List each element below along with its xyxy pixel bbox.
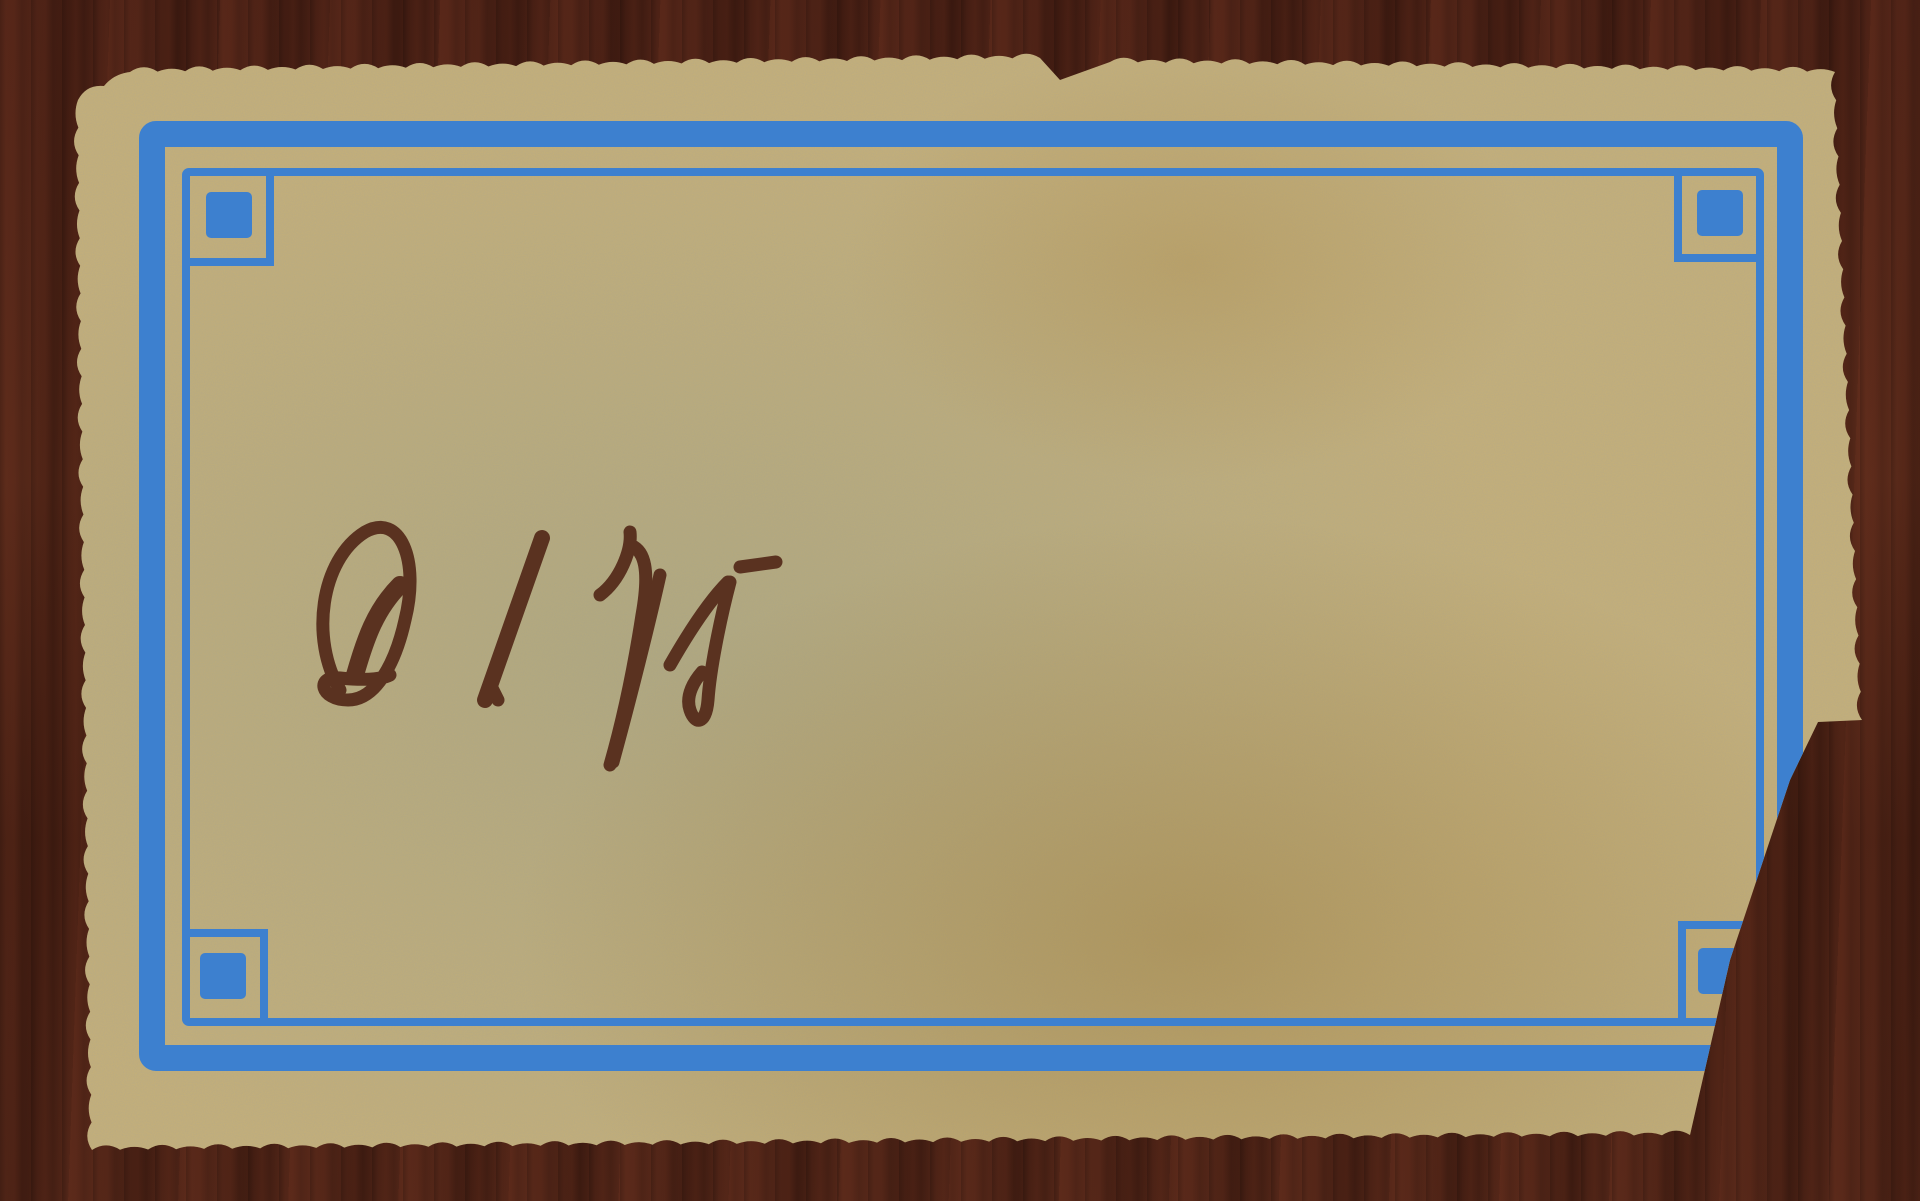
handwritten-inscription: Q. 175 <box>270 500 1420 800</box>
glyph-5 <box>670 582 730 720</box>
glyph-dash <box>740 562 776 567</box>
glyph-Q <box>323 527 410 700</box>
glyph-1 <box>485 538 542 700</box>
